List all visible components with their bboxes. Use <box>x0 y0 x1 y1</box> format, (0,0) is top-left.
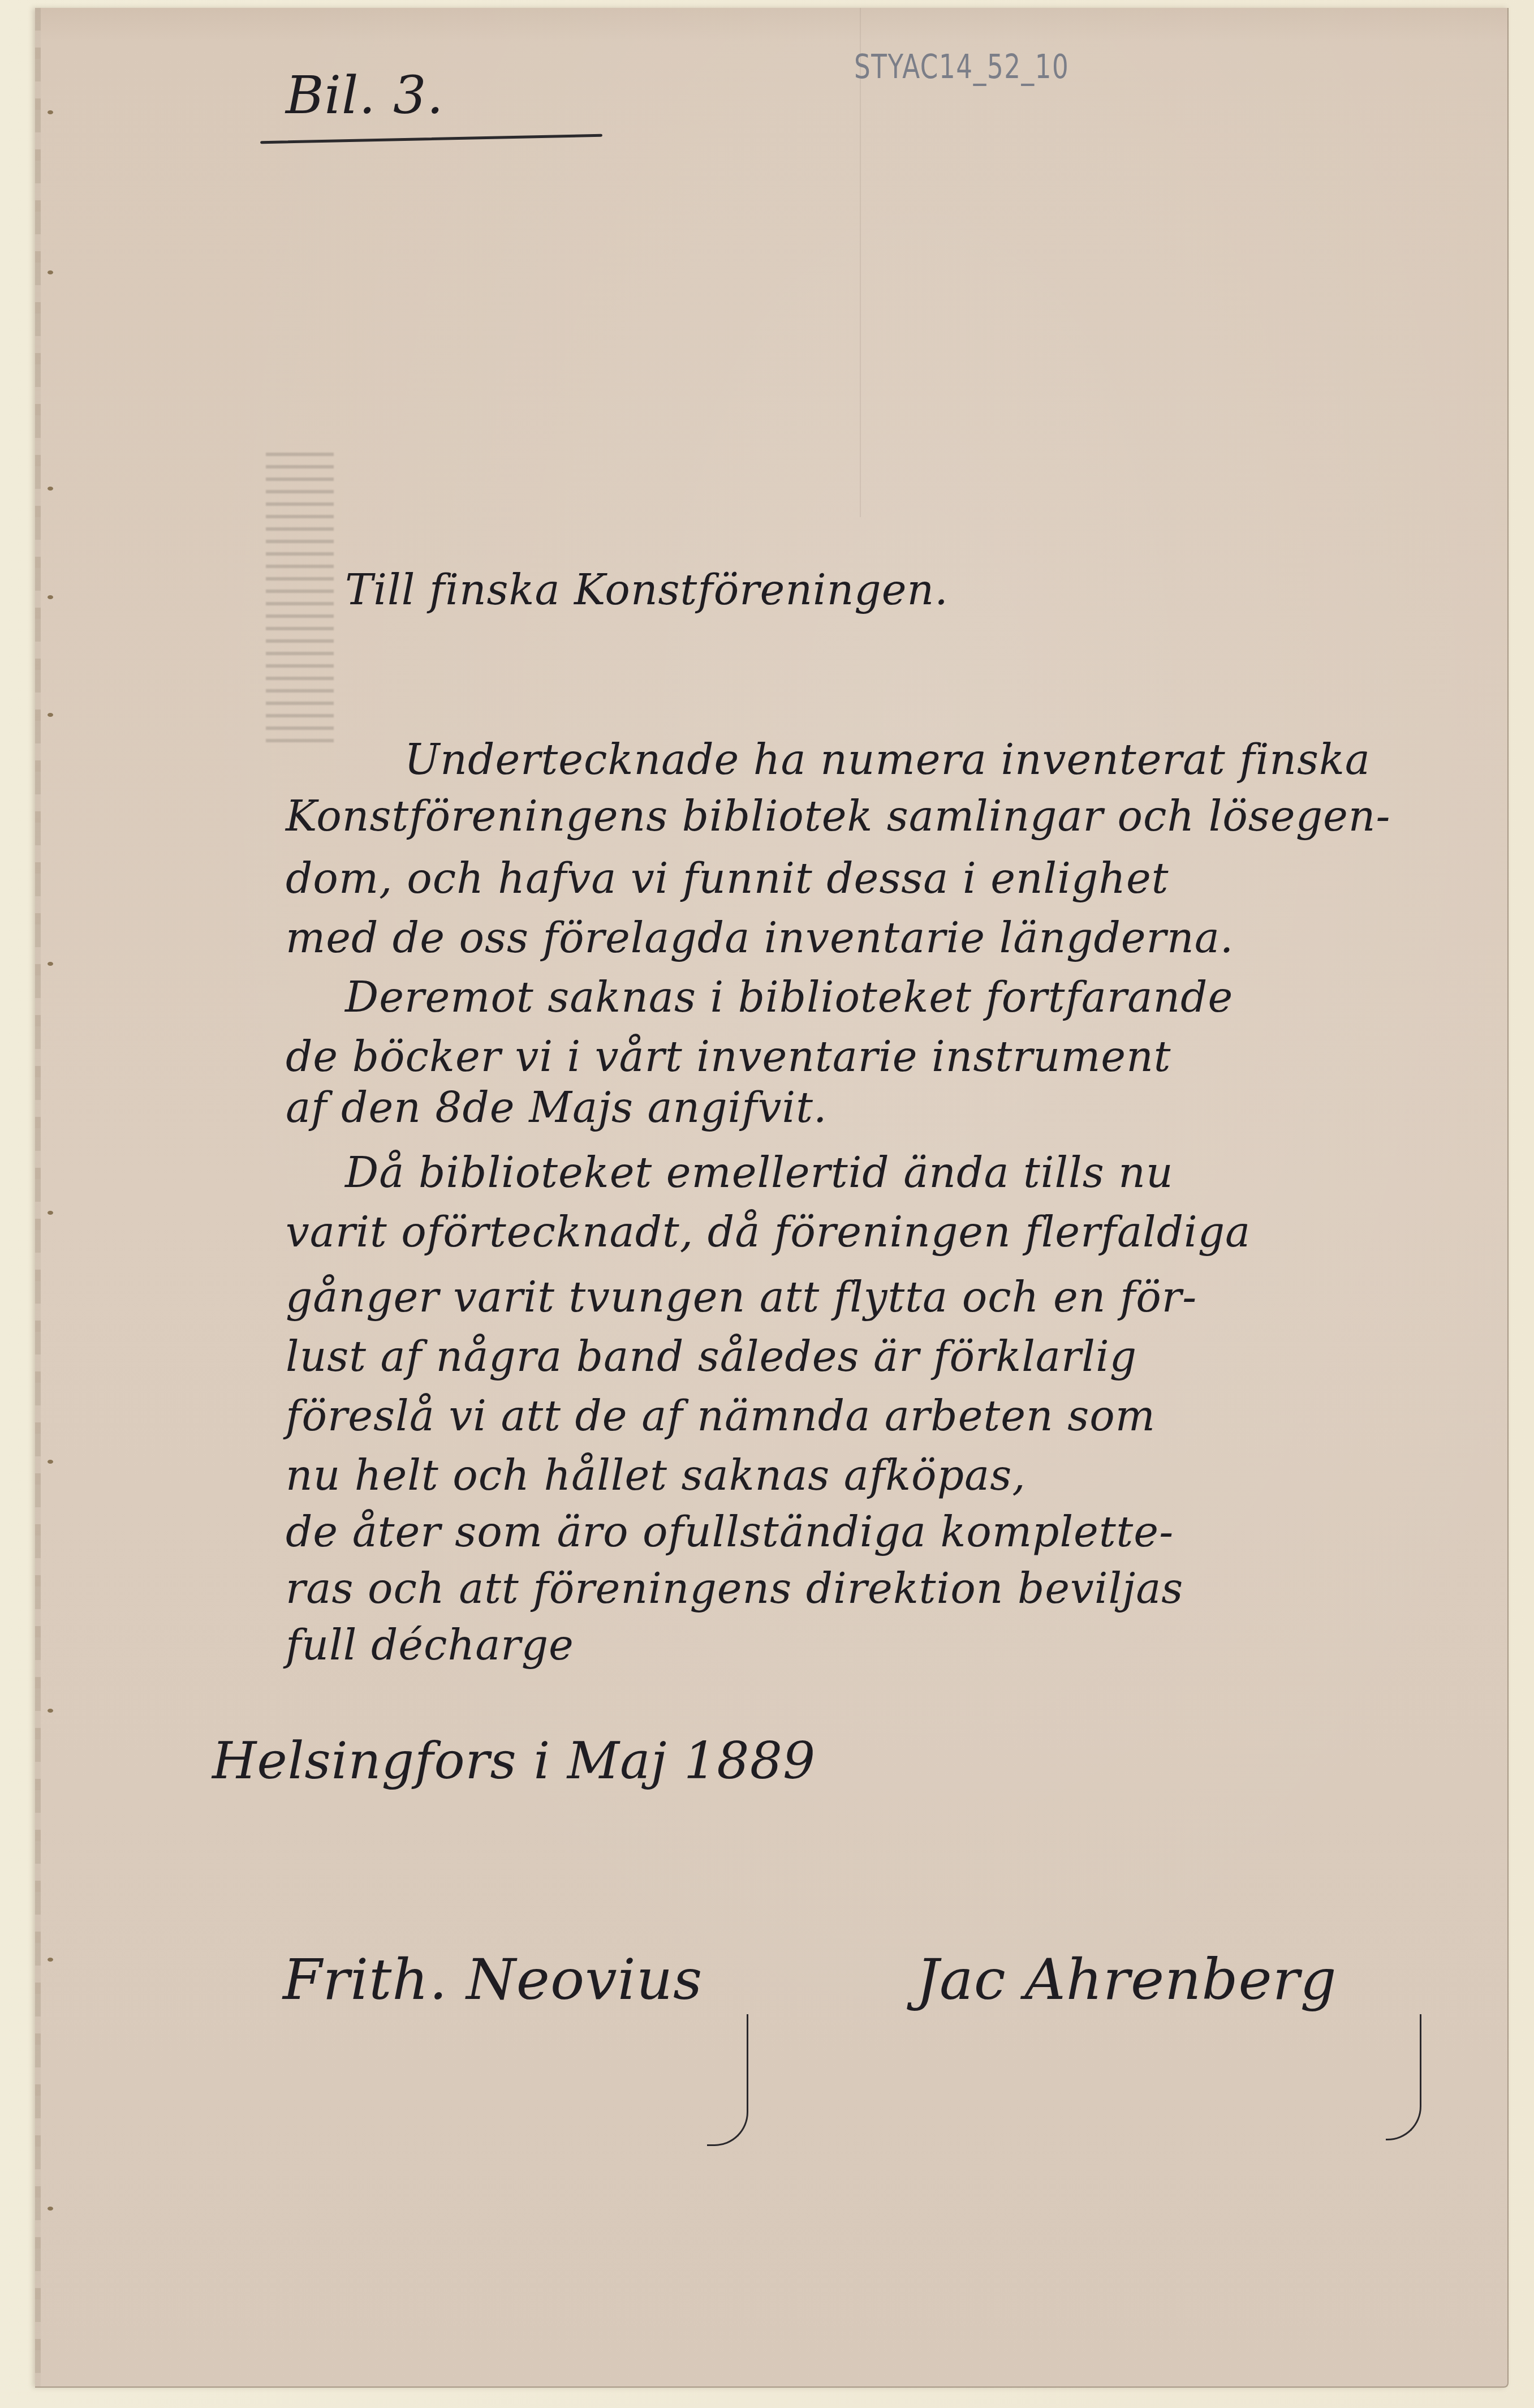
stitch-hole-icon <box>48 1958 53 1962</box>
attachment-label: Bil. 3. <box>286 65 444 126</box>
body-line: Undertecknade ha numera inventerat finsk… <box>404 736 1371 784</box>
body-line: lust af några band således är förklarlig <box>286 1332 1137 1381</box>
signature-neovius: Frith. Neovius <box>283 1946 703 2013</box>
body-line: af den 8de Majs angifvit. <box>286 1083 827 1132</box>
body-line: föreslå vi att de af nämnda arbeten som <box>286 1392 1156 1440</box>
stitch-hole-icon <box>48 2207 53 2211</box>
body-line: gånger varit tvungen att flytta och en f… <box>286 1273 1197 1322</box>
stitch-hole-icon <box>48 1211 53 1215</box>
stitch-hole-icon <box>48 713 53 717</box>
archive-reference-code: STYAC14_52_10 <box>854 48 1069 86</box>
body-line: Deremot saknas i biblioteket fortfarande <box>345 973 1233 1022</box>
signature-flourish <box>1386 2014 1421 2140</box>
body-line: nu helt och hållet saknas afköpas, <box>286 1451 1026 1500</box>
stitch-hole-icon <box>48 270 53 274</box>
signature-ahrenberg: Jac Ahrenberg <box>916 1946 1337 2013</box>
stitch-hole-icon <box>48 1460 53 1464</box>
body-line: dom, och hafva vi funnit dessa i enlighe… <box>286 854 1169 903</box>
stitch-hole-icon <box>48 1709 53 1713</box>
body-line: med de oss förelagda inventarie längdern… <box>286 914 1234 962</box>
stitch-hole-icon <box>48 110 53 114</box>
ink-offset-smudge <box>266 453 334 747</box>
signature-flourish <box>707 2014 748 2146</box>
stitch-hole-icon <box>48 487 53 491</box>
salutation: Till finska Konstföreningen. <box>345 566 949 614</box>
stitch-hole-icon <box>48 595 53 599</box>
body-line: de böcker vi i vårt inventarie instrumen… <box>286 1033 1171 1081</box>
body-line: de åter som äro ofullständiga komplette- <box>286 1508 1174 1556</box>
place-and-date: Helsingfors i Maj 1889 <box>212 1731 816 1791</box>
body-line: Konstföreningens bibliotek samlingar och… <box>286 792 1390 841</box>
body-line: Då biblioteket emellertid ända tills nu <box>345 1149 1174 1197</box>
body-line: varit oförtecknadt, då föreningen flerfa… <box>286 1208 1251 1257</box>
body-line: full décharge <box>286 1621 574 1670</box>
body-line: ras och att föreningens direktion bevilj… <box>286 1564 1183 1613</box>
stitch-hole-icon <box>48 962 53 966</box>
manuscript-page <box>35 8 1509 2388</box>
